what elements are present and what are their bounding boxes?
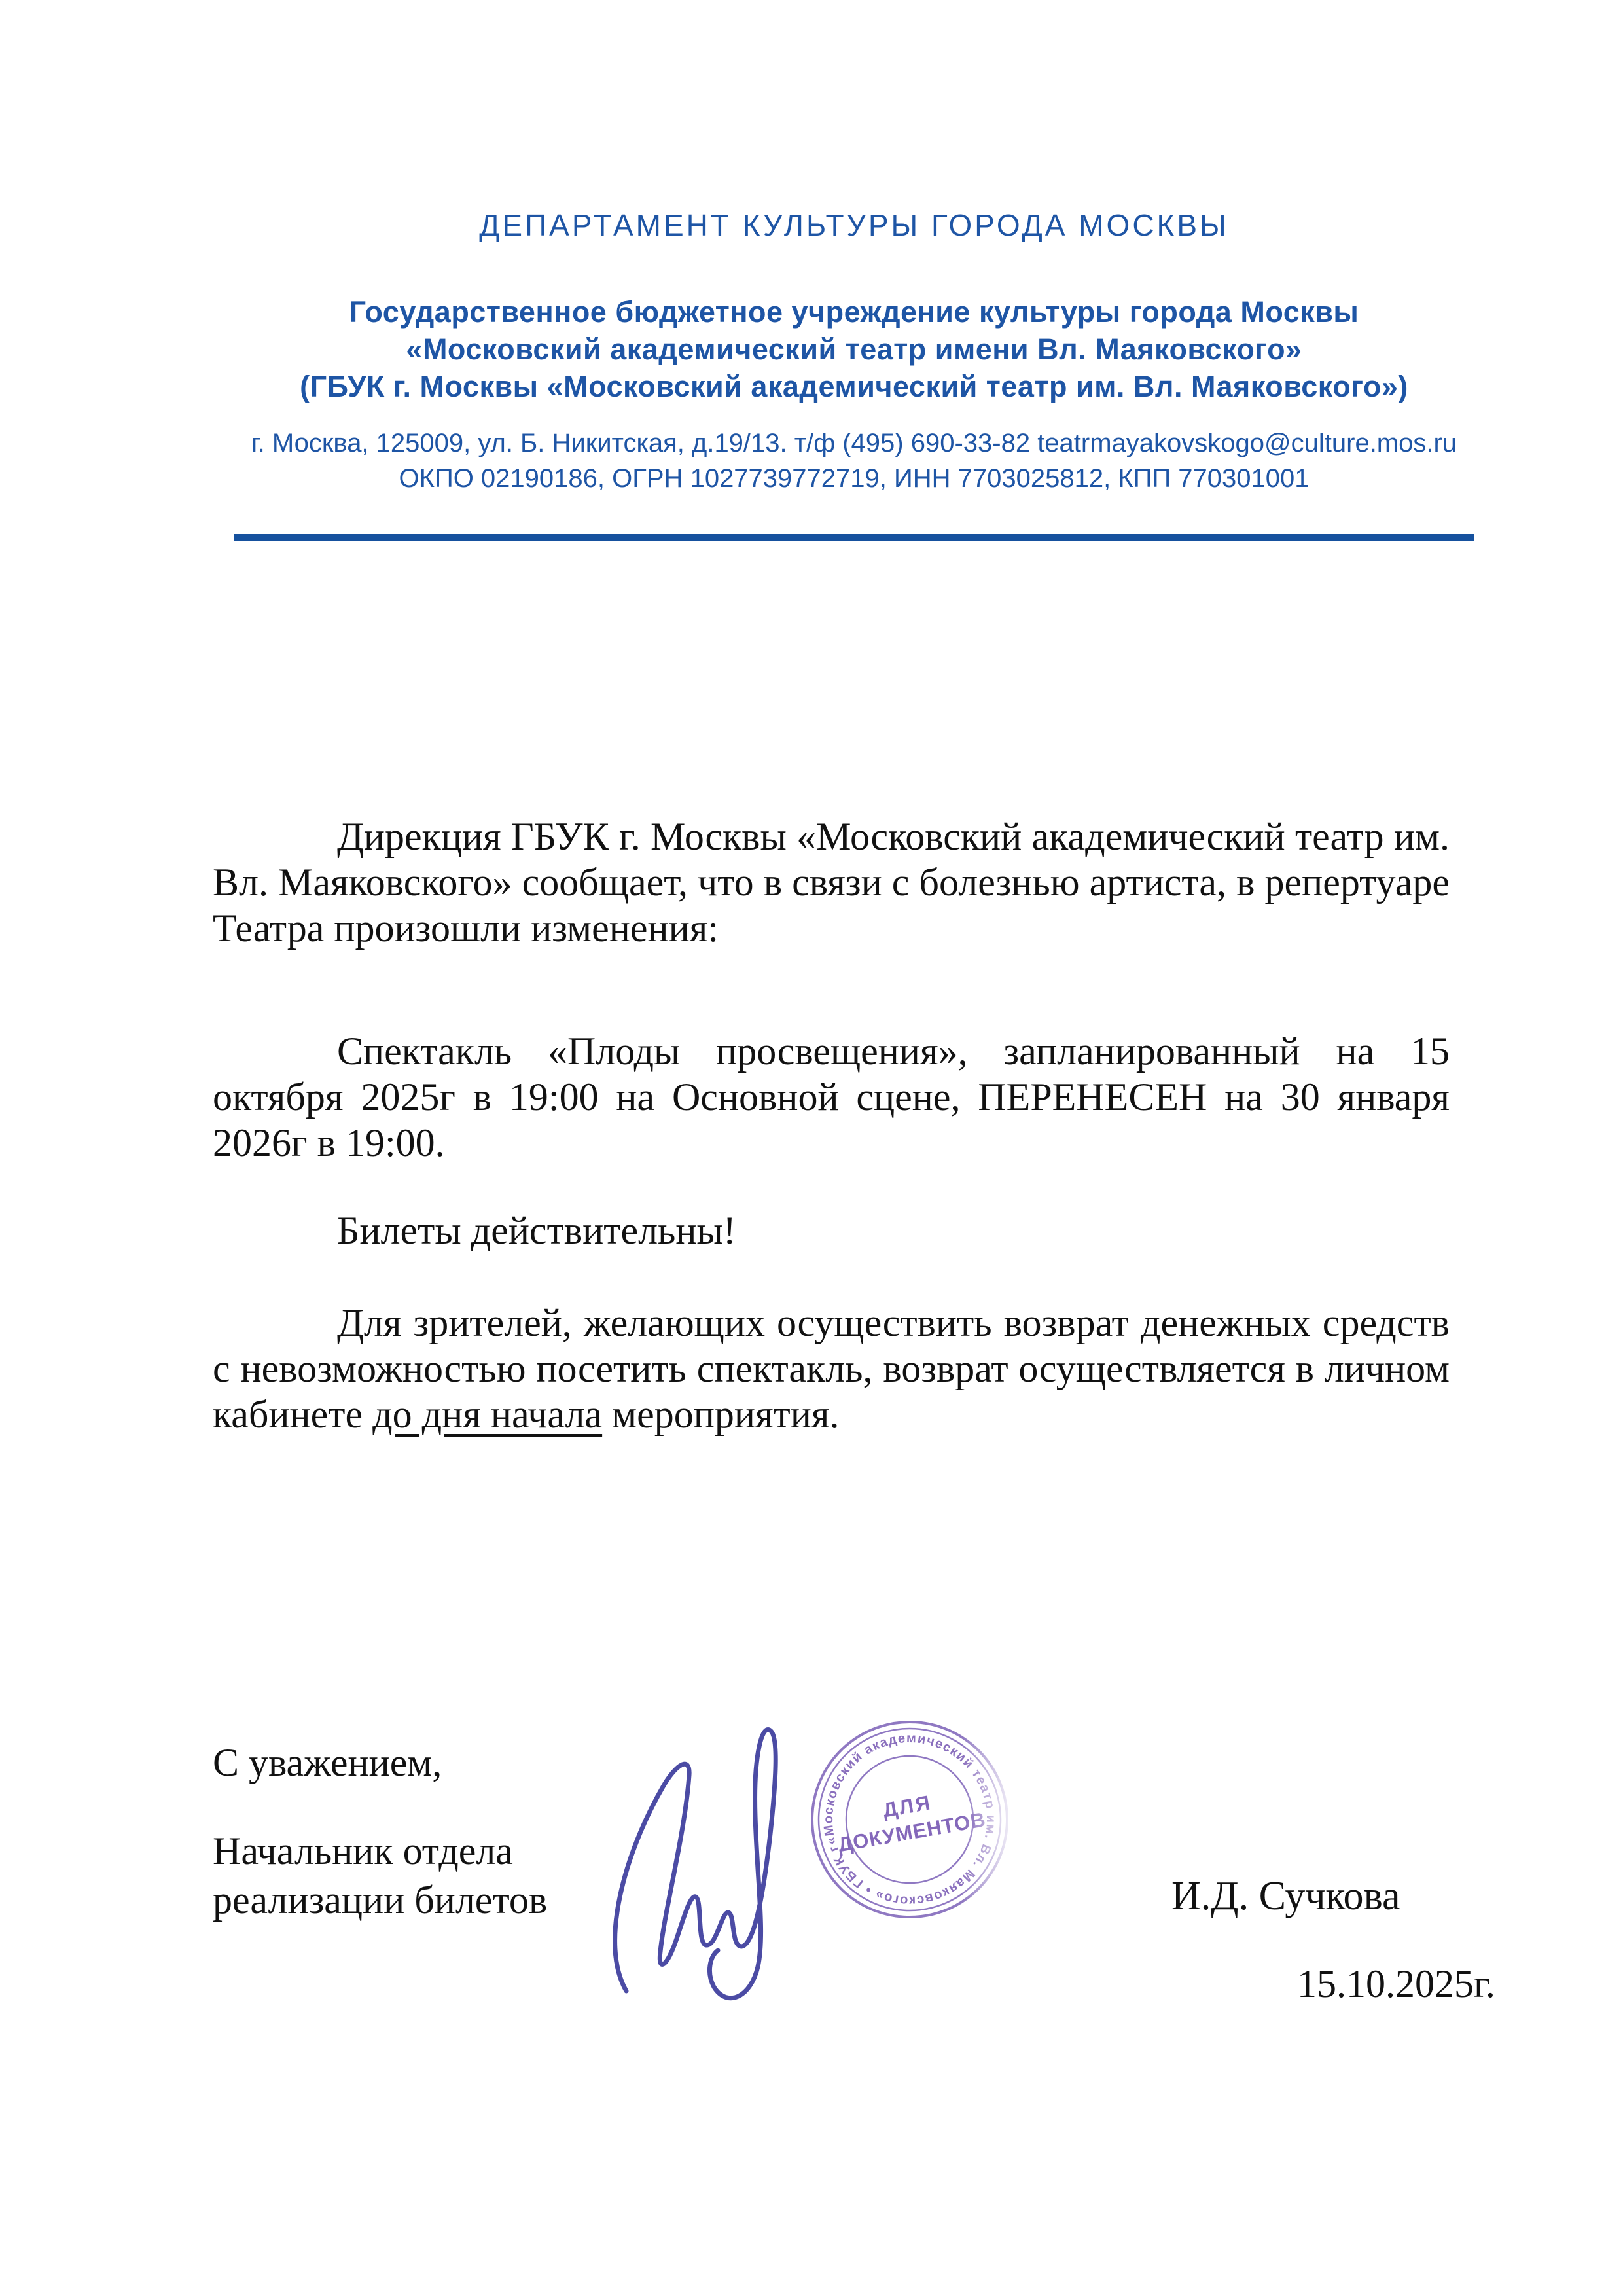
organization-name-block: Государственное бюджетное учреждение кул… [216, 293, 1492, 405]
job-title-line-2: реализации билетов [213, 1876, 547, 1925]
organization-line-2: «Московский академический театр имени Вл… [216, 331, 1492, 368]
contact-block: г. Москва, 125009, ул. Б. Никитская, д.1… [216, 425, 1492, 496]
paragraph-reschedule: Спектакль «Плоды просвещения», запланиро… [213, 1028, 1450, 1166]
refund-text-underlined: до дня начала [372, 1393, 602, 1436]
organization-line-1: Государственное бюджетное учреждение кул… [216, 293, 1492, 331]
organization-line-3: (ГБУК г. Москвы «Московский академически… [216, 368, 1492, 405]
address-phone-email-line: г. Москва, 125009, ул. Б. Никитская, д.1… [216, 425, 1492, 461]
registration-codes-line: ОКПО 02190186, ОГРН 1027739772719, ИНН 7… [216, 461, 1492, 496]
stamp-ink-fade [962, 1702, 1044, 1937]
signer-name: И.Д. Сучкова [1171, 1873, 1400, 1919]
letter-date: 15.10.2025г. [1297, 1961, 1495, 2007]
job-title-line-1: Начальник отдела [213, 1827, 547, 1876]
letterhead-divider-rule [234, 534, 1474, 541]
signature-stroke [615, 1729, 776, 1998]
paragraph-refund: Для зрителей, желающих осуществить возвр… [213, 1300, 1450, 1437]
signer-job-title: Начальник отдела реализации билетов [213, 1827, 547, 1925]
paragraph-tickets-valid: Билеты действительны! [213, 1208, 1450, 1253]
department-title: ДЕПАРТАМЕНТ КУЛЬТУРЫ ГОРОДА МОСКВЫ [216, 208, 1492, 242]
refund-text-end: мероприятия. [602, 1393, 839, 1436]
regards-line: С уважением, [213, 1740, 442, 1785]
letter-page: ДЕПАРТАМЕНТ КУЛЬТУРЫ ГОРОДА МОСКВЫ Госуд… [0, 0, 1623, 2296]
handwritten-signature [586, 1695, 834, 2036]
stamp-center-line-1: ДЛЯ [881, 1791, 933, 1822]
letter-body: Дирекция ГБУК г. Москвы «Московский акад… [213, 814, 1450, 1437]
paragraph-intro: Дирекция ГБУК г. Москвы «Московский акад… [213, 814, 1450, 951]
